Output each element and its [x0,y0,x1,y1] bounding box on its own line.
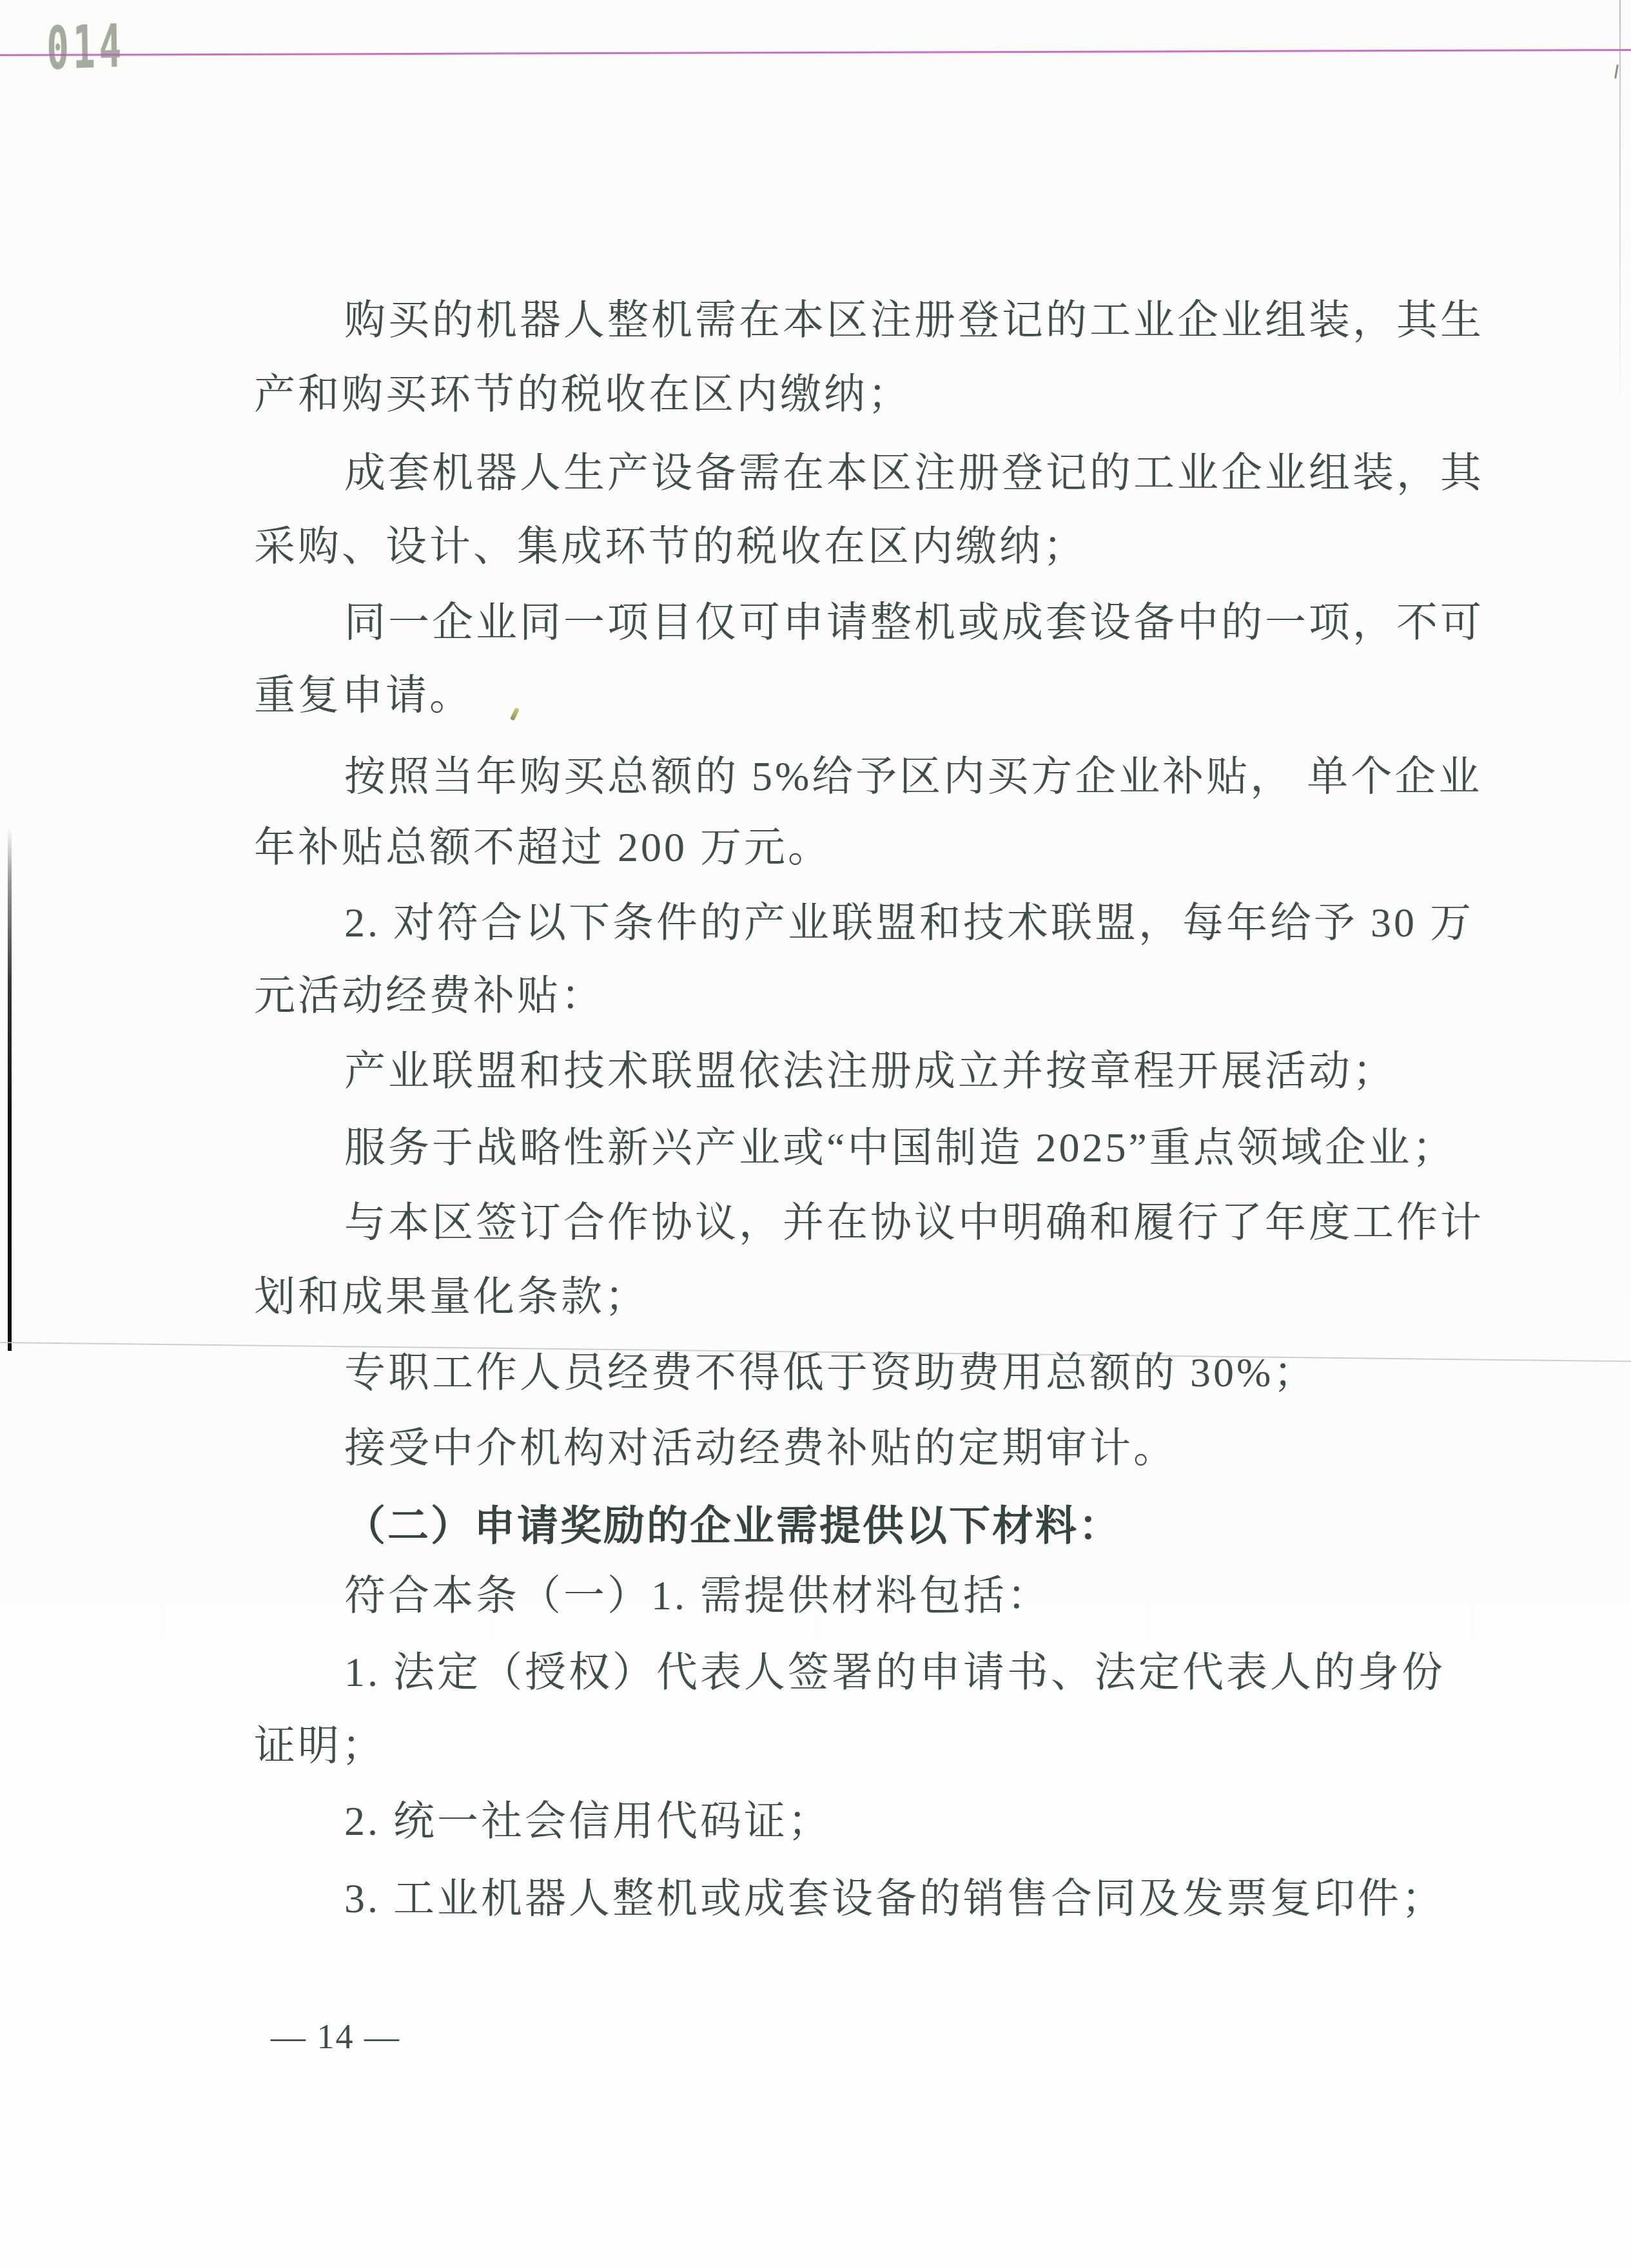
text-line: 成套机器人生产设备需在本区注册登记的工业企业组装，其 [344,447,1484,499]
magenta-scan-line [0,49,1631,56]
scan-tick [1614,64,1619,79]
text-line: 2. 统一社会信用代码证； [344,1796,832,1847]
text-line: 与本区签订合作协议，并在协议中明确和履行了年度工作计 [344,1197,1484,1248]
text-line: 1. 法定（授权）代表人签署的申请书、法定代表人的身份 [344,1647,1445,1698]
text-line: 符合本条（一）1. 需提供材料包括： [344,1570,1051,1622]
scan-edge-line-left [8,828,12,1351]
page-number-stamp: 014 [46,12,126,83]
text-line: 3. 工业机器人整机或成套设备的销售合同及发票复印件； [344,1873,1445,1924]
text-line: 服务于战略性新兴产业或“中国制造 2025”重点领域企业； [344,1122,1456,1174]
text-line: 产业联盟和技术联盟依法注册成立并按章程开展活动； [344,1045,1396,1097]
text-line: 按照当年购买总额的 5%给予区内买方企业补贴， 单个企业 [344,751,1482,802]
text-line: 元活动经费补贴： [254,970,605,1022]
text-line: 同一企业同一项目仅可申请整机或成套设备中的一项，不可 [344,597,1484,648]
text-line: 划和成果量化条款； [254,1271,649,1323]
text-line: 年补贴总额不超过 200 万元。 [254,822,832,873]
text-line: 购买的机器人整机需在本区注册登记的工业企业组装，其生 [344,295,1484,346]
pen-mark [510,707,520,721]
text-line: 2. 对符合以下条件的产业联盟和技术联盟，每年给予 30 万 [344,897,1474,949]
text-line: 专职工作人员经费不得低于资助费用总额的 30%； [344,1347,1317,1399]
text-line: 重复申请。 [254,670,473,721]
page-number: — 14 — [271,2011,400,2062]
text-line: 证明； [254,1720,386,1772]
text-line: 产和购买环节的税收在区内缴纳； [254,369,912,420]
document-page: 014 购买的机器人整机需在本区注册登记的工业企业组装，其生 产和购买环节的税收… [0,0,1631,2268]
section-heading: （二）申请奖励的企业需提供以下材料： [344,1500,1122,1552]
text-line: 接受中介机构对活动经费补贴的定期审计。 [344,1422,1177,1474]
scan-edge-line-right [1619,0,1621,412]
text-line: 采购、设计、集成环节的税收在区内缴纳； [254,521,1087,572]
